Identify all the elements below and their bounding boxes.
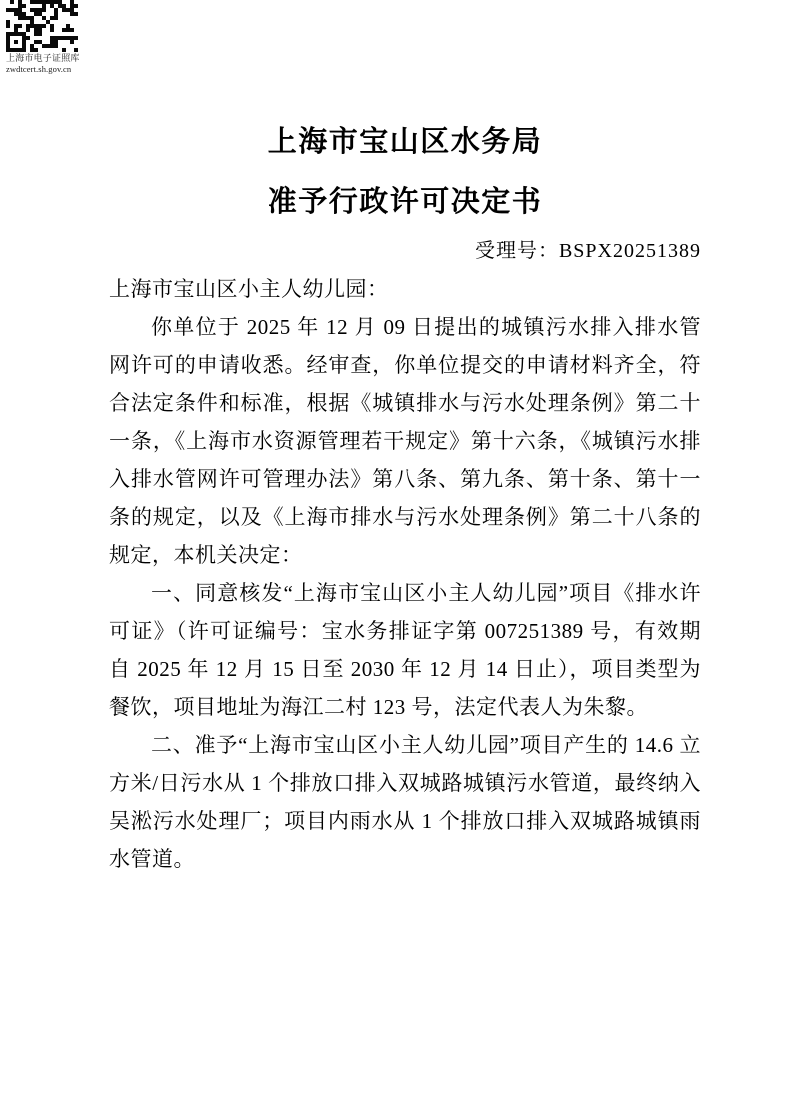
document-page: 上海市电子证照库 zwdtcert.sh.gov.cn 上海市宝山区水务局 准予… — [0, 0, 794, 1093]
case-number-label: 受理号： — [475, 240, 559, 262]
salutation: 上海市宝山区小主人幼儿园： — [109, 270, 701, 308]
qr-url-label: zwdtcert.sh.gov.cn — [6, 64, 92, 75]
qr-code-image — [6, 0, 78, 52]
qr-block: 上海市电子证照库 zwdtcert.sh.gov.cn — [6, 0, 92, 75]
doc-title: 准予行政许可决定书 — [109, 172, 701, 232]
paragraph-item-1: 一、同意核发“上海市宝山区小主人幼儿园”项目《排水许可证》（许可证编号：宝水务排… — [109, 574, 701, 726]
paragraph-item-2: 二、准予“上海市宝山区小主人幼儿园”项目产生的 14.6 立方米/日污水从 1 … — [109, 726, 701, 878]
case-number-line: 受理号：BSPX20251389 — [109, 232, 701, 270]
org-title: 上海市宝山区水务局 — [109, 112, 701, 172]
qr-library-label: 上海市电子证照库 — [6, 52, 92, 64]
case-number-value: BSPX20251389 — [559, 240, 701, 262]
paragraph-decision-basis: 你单位于 2025 年 12 月 09 日提出的城镇污水排入排水管网许可的申请收… — [109, 308, 701, 574]
document-content: 上海市宝山区水务局 准予行政许可决定书 受理号：BSPX20251389 上海市… — [109, 112, 701, 878]
